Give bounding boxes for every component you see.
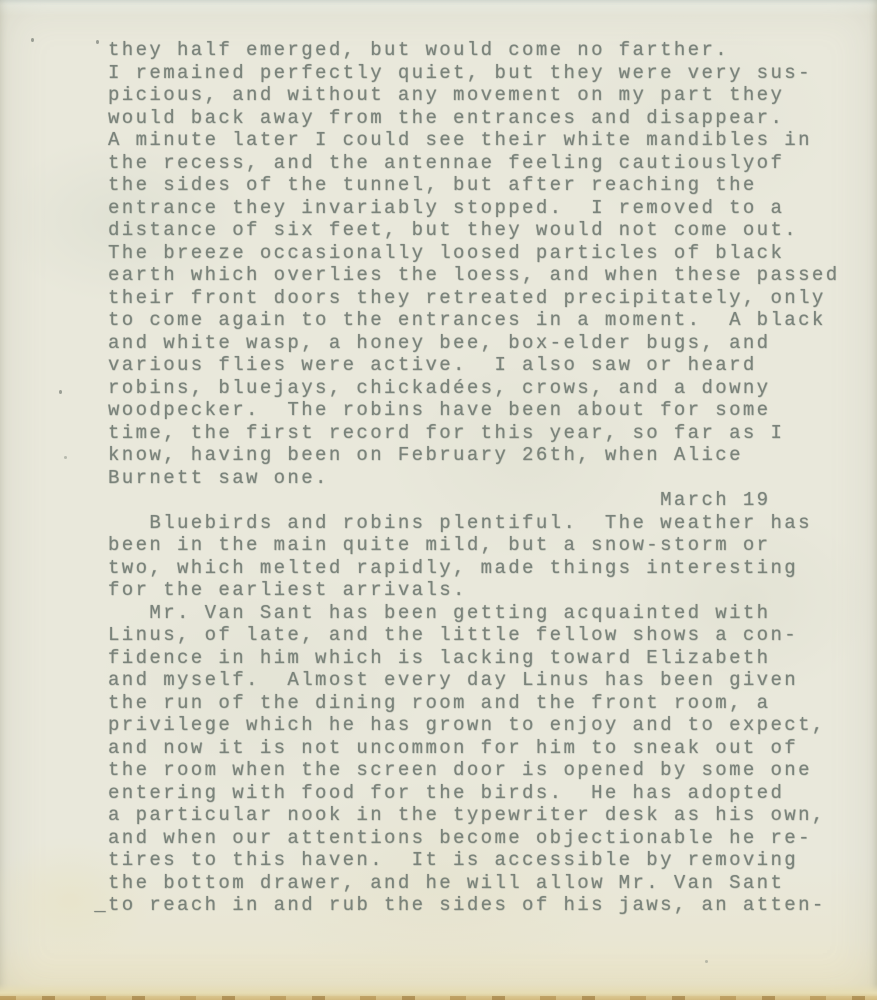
document-text: they half emerged, but would come no far… bbox=[108, 39, 853, 917]
paper-speck bbox=[96, 40, 99, 44]
paper-speck bbox=[31, 38, 34, 42]
text-line: entrance they invariably stopped. I remo… bbox=[108, 197, 853, 220]
text-line: their front doors they retreated precipi… bbox=[108, 287, 853, 310]
text-line: the recess, and the antennae feeling cau… bbox=[108, 152, 853, 175]
paper-speck bbox=[64, 456, 67, 459]
text-line: picious, and without any movement on my … bbox=[108, 84, 853, 107]
text-line: for the earliest arrivals. bbox=[108, 579, 853, 602]
text-line: woodpecker. The robins have been about f… bbox=[108, 399, 853, 422]
text-line: the run of the dining room and the front… bbox=[108, 692, 853, 715]
text-line: Burnett saw one. bbox=[108, 467, 853, 490]
text-line: they half emerged, but would come no far… bbox=[108, 39, 853, 62]
text-line: robins, bluejays, chickadées, crows, and… bbox=[108, 377, 853, 400]
text-line: various flies were active. I also saw or… bbox=[108, 354, 853, 377]
text-line: Mr. Van Sant has been getting acquainted… bbox=[108, 602, 853, 625]
text-line: know, having been on February 26th, when… bbox=[108, 444, 853, 467]
text-line: _to reach in and rub the sides of his ja… bbox=[108, 894, 853, 917]
text-line: been in the main quite mild, but a snow-… bbox=[108, 534, 853, 557]
text-line: and when our attentions become objection… bbox=[108, 827, 853, 850]
page-bottom-edge bbox=[0, 984, 877, 1000]
text-line: earth which overlies the loess, and when… bbox=[108, 264, 853, 287]
text-line: I remained perfectly quiet, but they wer… bbox=[108, 62, 853, 85]
text-line: time, the first record for this year, so… bbox=[108, 422, 853, 445]
text-line: the sides of the tunnel, but after reach… bbox=[108, 174, 853, 197]
text-line: fidence in him which is lacking toward E… bbox=[108, 647, 853, 670]
text-line: privilege which he has grown to enjoy an… bbox=[108, 714, 853, 737]
paper-speck bbox=[59, 390, 62, 394]
text-line: the bottom drawer, and he will allow Mr.… bbox=[108, 872, 853, 895]
text-line: entering with food for the birds. He has… bbox=[108, 782, 853, 805]
text-line: distance of six feet, but they would not… bbox=[108, 219, 853, 242]
text-line: would back away from the entrances and d… bbox=[108, 107, 853, 130]
text-line: The breeze occasionally loosed particles… bbox=[108, 242, 853, 265]
text-line: a particular nook in the typewriter desk… bbox=[108, 804, 853, 827]
text-line: March 19 bbox=[108, 489, 853, 512]
text-line: A minute later I could see their white m… bbox=[108, 129, 853, 152]
text-line: Bluebirds and robins plentiful. The weat… bbox=[108, 512, 853, 535]
text-line: to come again to the entrances in a mome… bbox=[108, 309, 853, 332]
text-line: the room when the screen door is opened … bbox=[108, 759, 853, 782]
typewritten-page: they half emerged, but would come no far… bbox=[0, 0, 877, 1000]
text-line: two, which melted rapidly, made things i… bbox=[108, 557, 853, 580]
text-line: and now it is not uncommon for him to sn… bbox=[108, 737, 853, 760]
text-line: and white wasp, a honey bee, box-elder b… bbox=[108, 332, 853, 355]
text-line: tires to this haven. It is accessible by… bbox=[108, 849, 853, 872]
text-line: Linus, of late, and the little fellow sh… bbox=[108, 624, 853, 647]
text-line: and myself. Almost every day Linus has b… bbox=[108, 669, 853, 692]
paper-speck bbox=[705, 960, 708, 963]
